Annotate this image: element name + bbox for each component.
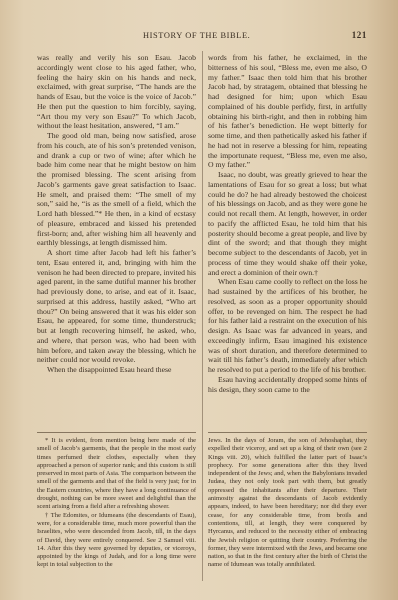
paragraph: was really and verily his son Esau. Jaco…: [37, 53, 196, 131]
paragraph: When Esau came coolly to reflect on the …: [208, 277, 367, 375]
right-column: words from his father, he exclaimed, in …: [208, 53, 367, 394]
footnote: * It is evident, from mention being here…: [37, 437, 196, 512]
running-head-title: HISTORY OF THE BIBLE.: [143, 31, 250, 40]
paragraph: A short time after Jacob had left his fa…: [37, 248, 196, 365]
footnote-rule-right: [208, 432, 367, 433]
paragraph: Isaac, no doubt, was greatly grieved to …: [208, 170, 367, 277]
left-column: was really and verily his son Esau. Jaco…: [37, 53, 196, 375]
footnote-rule-left: [37, 432, 196, 433]
footnote-continued: Jews. In the days of Joram, the son of J…: [208, 437, 367, 570]
footnotes-left: * It is evident, from mention being here…: [37, 437, 196, 570]
footnotes-right: Jews. In the days of Joram, the son of J…: [208, 437, 367, 570]
page-number: 121: [352, 30, 367, 40]
book-page: HISTORY OF THE BIBLE. 121 was really and…: [37, 0, 367, 600]
running-head: HISTORY OF THE BIBLE. 121: [37, 31, 367, 43]
footnote: † The Edomites, or Idumeans (the descend…: [37, 512, 196, 570]
column-divider: [202, 51, 203, 581]
paragraph: The good old man, being now satisfied, a…: [37, 131, 196, 248]
paragraph: Esau having accidentally dropped some hi…: [208, 375, 367, 395]
paragraph: words from his father, he exclaimed, in …: [208, 53, 367, 170]
paragraph: When the disappointed Esau heard these: [37, 365, 196, 375]
